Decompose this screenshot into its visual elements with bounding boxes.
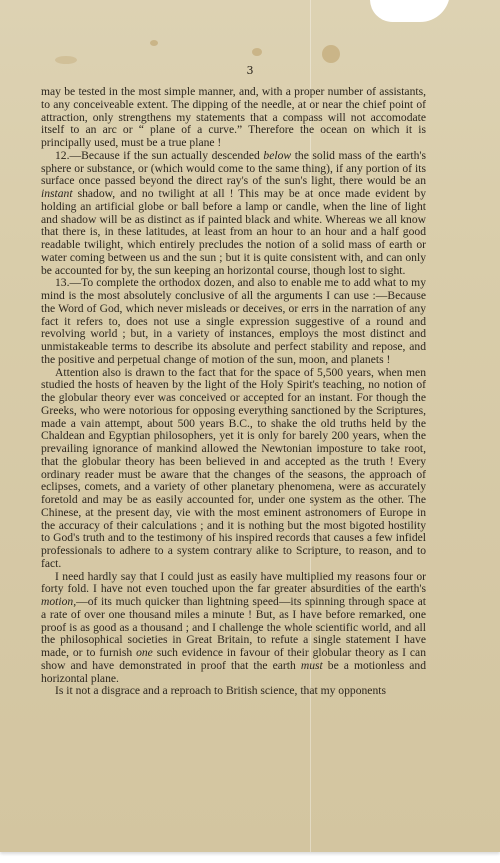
document-page: 3 may be tested in the most simple manne… — [0, 0, 500, 852]
paragraph-13: 13.—To complete the orthodox dozen, and … — [41, 277, 426, 366]
page-number: 3 — [0, 64, 500, 77]
paragraph-12: 12.—Because if the sun actually descende… — [41, 150, 426, 278]
torn-corner — [370, 0, 450, 22]
paragraph-multiplied-reasons: I need hardly say that I could just as e… — [41, 571, 426, 686]
stain — [252, 48, 262, 56]
stain — [55, 56, 77, 64]
paragraph-disgrace: Is it not a disgrace and a reproach to B… — [41, 685, 426, 698]
stain — [322, 45, 340, 63]
paragraph-continuation: may be tested in the most simple manner,… — [41, 86, 426, 150]
body-text: may be tested in the most simple manner,… — [41, 86, 426, 698]
paragraph-attention: Attention also is drawn to the fact that… — [41, 367, 426, 571]
stain — [150, 40, 158, 46]
